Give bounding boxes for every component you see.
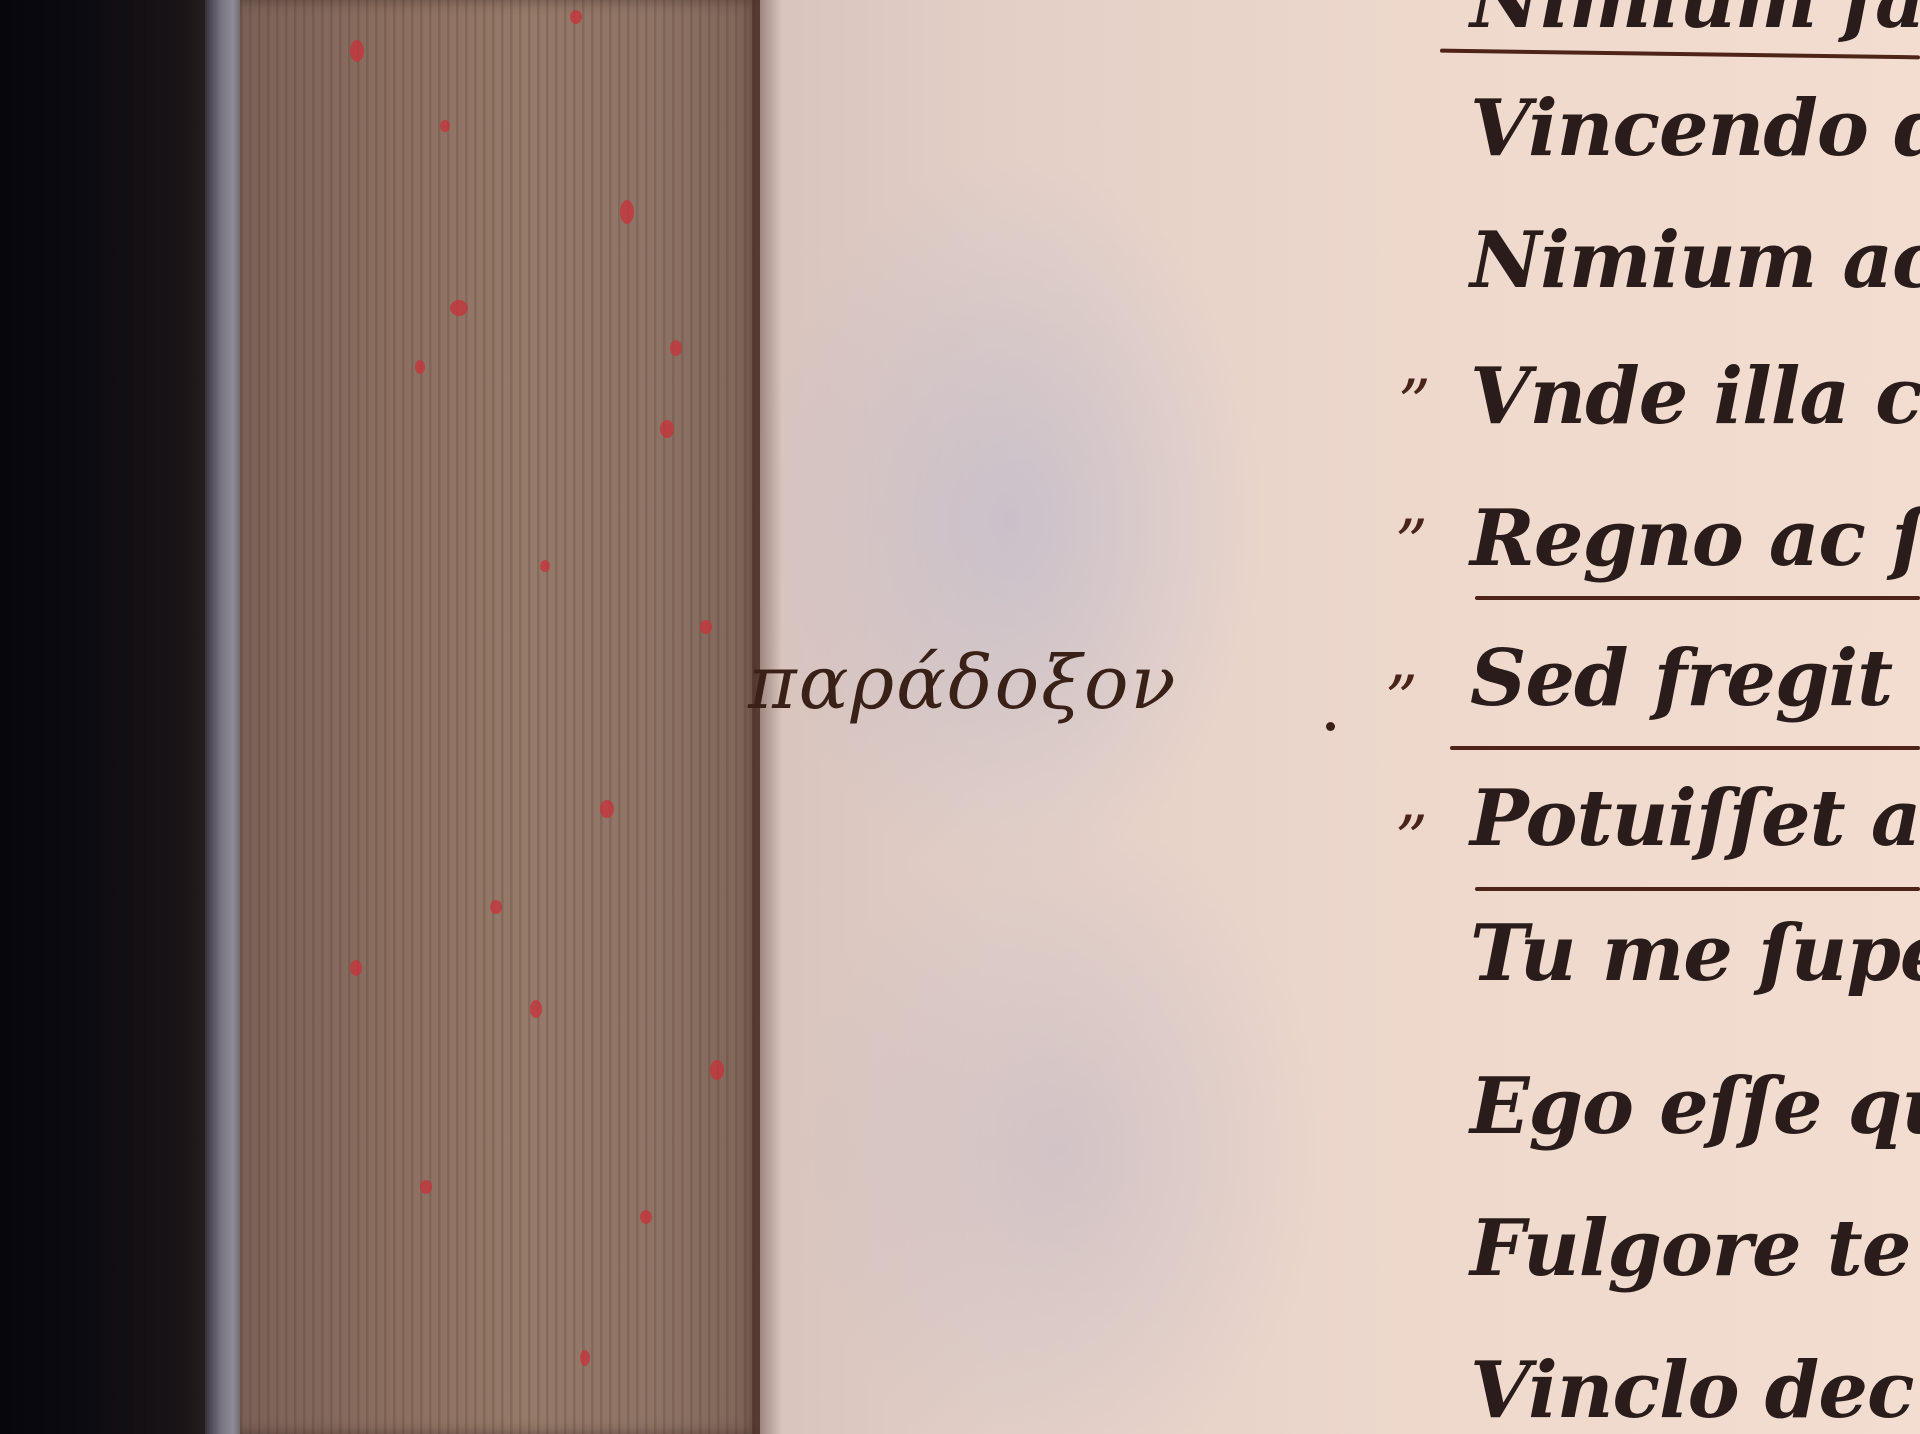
printed-line: Vnde illa c: [1470, 358, 1920, 436]
red-speckle: [580, 1350, 590, 1366]
printed-line: Ego eſſe qu: [1470, 1068, 1920, 1146]
book-binding: [0, 0, 215, 1434]
printed-line: Nimium fa: [1470, 0, 1920, 40]
red-speckle: [350, 40, 364, 62]
printed-line: Tu me ſupe: [1470, 915, 1920, 993]
red-speckle: [490, 900, 502, 914]
gnomic-quote-mark: ”: [1395, 808, 1428, 872]
speckled-fore-edge: [240, 0, 760, 1434]
printed-line: Vinclo dec: [1470, 1352, 1913, 1430]
gnomic-quote-mark: ”: [1395, 512, 1428, 576]
red-speckle: [450, 300, 468, 316]
red-speckle: [570, 10, 582, 24]
gnomic-quote-mark: ”: [1398, 372, 1431, 436]
ink-underline: [1450, 746, 1920, 750]
board-edge: [205, 0, 245, 1434]
printed-line: Vincendo d: [1470, 90, 1920, 168]
red-speckle: [700, 620, 712, 634]
annotation-period: [1326, 722, 1335, 731]
red-speckle: [420, 1180, 432, 1194]
red-speckle: [670, 340, 682, 356]
printed-line: Fulgore te: [1470, 1210, 1910, 1288]
ink-underline: [1475, 596, 1920, 600]
red-speckle: [640, 1210, 652, 1224]
red-speckle: [540, 560, 550, 572]
printed-line: Nimium ac: [1470, 222, 1920, 300]
printed-line: Regno ac ſ: [1470, 500, 1920, 578]
red-speckle: [600, 800, 614, 818]
printed-line: Sed fregit i: [1470, 640, 1920, 718]
red-speckle: [660, 420, 674, 438]
red-speckle: [710, 1060, 724, 1080]
red-speckle: [350, 960, 362, 976]
ink-underline: [1475, 887, 1920, 891]
red-speckle: [530, 1000, 542, 1018]
red-speckle: [440, 120, 450, 132]
gnomic-quote-mark: ”: [1385, 668, 1418, 732]
red-speckle: [415, 360, 425, 374]
red-speckle: [620, 200, 634, 224]
handwritten-greek-annotation: παράδοξον: [748, 640, 1177, 726]
printed-line: Potuiſſet al: [1470, 780, 1920, 858]
